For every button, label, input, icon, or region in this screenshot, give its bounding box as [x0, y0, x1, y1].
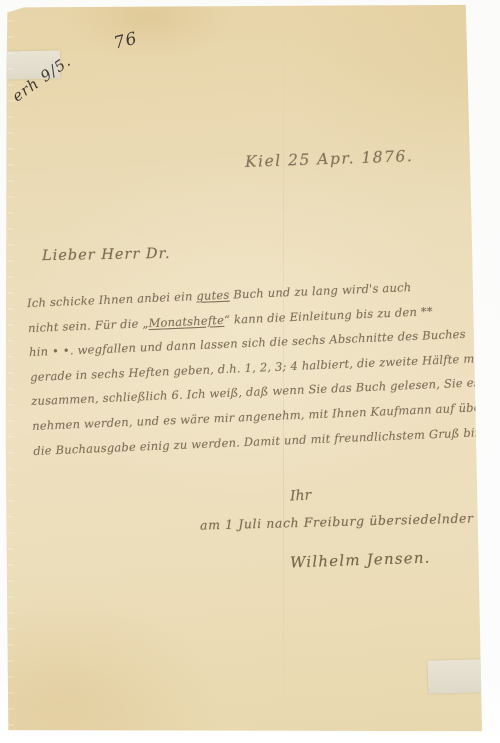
scanned-letter-photo: 76 erh 9/5. Kiel 25 Apr. 1876. Lieber He…: [0, 0, 500, 743]
letter-dateline: Kiel 25 Apr. 1876.: [245, 147, 414, 171]
letter-signature: Wilhelm Jensen.: [290, 549, 431, 572]
archival-number-annotation: 76: [112, 28, 140, 53]
tape-strip-bottom-right: [428, 659, 486, 693]
underlined-word: Monatshefte: [148, 313, 224, 330]
letter-farewell-line: am 1 Juli nach Freiburg übersiedelnder: [200, 510, 474, 532]
letter-paper: 76 erh 9/5. Kiel 25 Apr. 1876. Lieber He…: [4, 3, 484, 733]
line-text: Buch und zu lang wird's auch: [229, 280, 411, 302]
letter-closing: Ihr: [290, 487, 312, 504]
line-text: Ich schicke Ihnen anbei ein: [27, 289, 197, 310]
deckled-left-edge: [8, 6, 14, 736]
letter-body: Ich schicke Ihnen anbei ein gutes Buch u…: [27, 278, 479, 469]
underlined-word: gutes: [196, 288, 230, 303]
letter-salutation: Lieber Herr Dr.: [42, 246, 171, 264]
